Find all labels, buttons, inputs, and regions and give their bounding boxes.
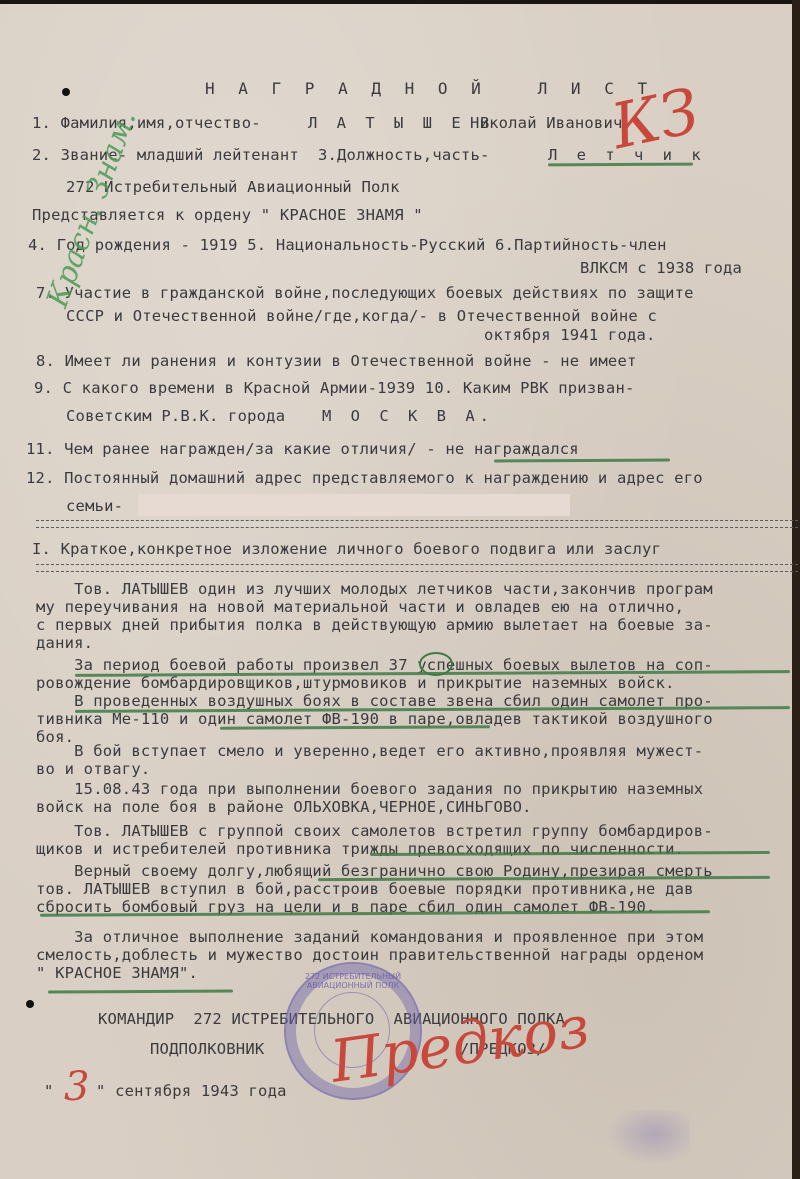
body-line: войск на поле боя в районе ОЛЬХОВКА,ЧЕРН… [36, 798, 532, 816]
field-4-6: 4. Год рождения - 1919 5. Национальность… [28, 236, 667, 254]
field-10-city: М О С К В А. [322, 407, 494, 425]
body-line: щиков и истребителей противника трижды п… [36, 840, 684, 858]
punch-hole [26, 1000, 34, 1008]
field-7-cont: СССР и Отечественной войне/где,когда/- в… [66, 307, 657, 325]
body-line: В бой вступает смело и уверенно,ведет ег… [36, 742, 703, 760]
scan-edge [792, 0, 800, 1179]
document-title-text: Н А Г Р А Д Н О Й Л И С Т [205, 80, 654, 98]
field-1-surname: Л А Т Ы Ш Е В [308, 114, 494, 132]
body-line: ровождение бомбардировщиков,штурмовиков … [36, 674, 675, 692]
body-line: тов. ЛАТЫШЕВ вступил в бой,расстроив бое… [36, 880, 694, 898]
field-12: 12. Постоянный домашний адрес представля… [26, 469, 703, 487]
field-1-name: Николай Иванович [470, 114, 623, 132]
stamp-text: 272 ИСТРЕБИТЕЛЬНЫЙ АВИАЦИОННЫЙ ПОЛК [286, 972, 420, 990]
field-7: 7. Участие в гражданской войне,последующ… [36, 284, 694, 302]
field-9-10: 9. С какого времени в Красной Армии-1939… [34, 379, 635, 397]
body-line: с первых дней прибытия полка в действующ… [36, 616, 713, 634]
date-rest: " сентября 1943 года [96, 1082, 287, 1100]
field-6-cont: ВЛКСМ с 1938 года [580, 259, 742, 277]
separator-line [36, 520, 798, 528]
redacted-address [138, 494, 570, 516]
date-day: 3 [64, 1064, 89, 1110]
body-line: смелость,доблесть и мужество достоин пра… [36, 946, 703, 964]
punch-hole [62, 88, 70, 96]
field-7-cont2: октября 1941 года. [484, 326, 656, 344]
field-1-label: 1. Фамилия,имя,отчество- [32, 114, 261, 132]
section-heading: I. Краткое,конкретное изложение личного … [32, 540, 661, 558]
body-line: За отличное выполнение заданий командова… [36, 928, 703, 946]
separator-line [36, 564, 798, 572]
commander-rank: ПОДПОЛКОВНИК [150, 1040, 264, 1058]
body-line: дания. [36, 634, 93, 652]
body-line: " КРАСНОЕ ЗНАМЯ". [36, 964, 198, 982]
field-11: 11. Чем ранее награжден/за какие отличия… [26, 440, 579, 458]
field-10-cont: Советским Р.В.К. города [66, 407, 285, 425]
field-12-cont: семьи- [66, 497, 123, 515]
field-8: 8. Имеет ли ранения и контузии в Отечест… [36, 352, 637, 370]
ink-smudge [600, 1110, 690, 1170]
body-line: му переучивания на новой материальной ча… [36, 598, 684, 616]
body-line: Тов. ЛАТЫШЕВ с группой своих самолетов в… [36, 822, 713, 840]
body-line: Тов. ЛАТЫШЕВ один из лучших молодых летч… [36, 580, 713, 598]
body-line: 15.08.43 года при выполнении боевого зад… [36, 780, 703, 798]
body-line: во и отвагу. [36, 760, 150, 778]
date-prefix: " [44, 1082, 54, 1100]
